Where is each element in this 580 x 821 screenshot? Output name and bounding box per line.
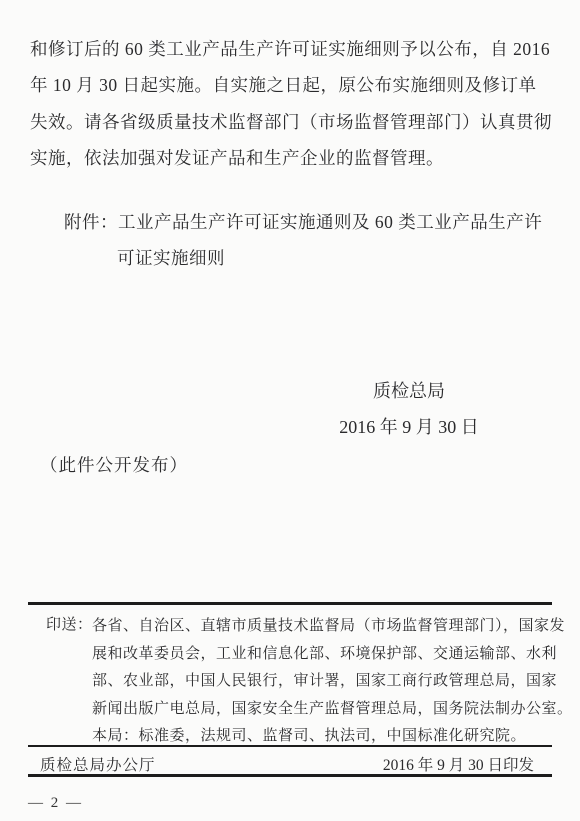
- public-release-note: （此件公开发布）: [40, 452, 188, 477]
- signature-issuer: 质检总局: [334, 379, 484, 403]
- paragraph-line: 年 10 月 30 日起实施。自实施之日起，原公布实施细则及修订单: [30, 67, 544, 103]
- footer-thick-rule: [28, 774, 552, 777]
- paragraph-line: 和修订后的 60 类工业产品生产许可证实施细则予以公布，自 2016: [30, 31, 544, 67]
- attachment-label: 附件：: [64, 212, 118, 232]
- distribution-list: 各省、自治区、直辖市质量技术监督局（市场监督管理部门），国家发 展和改革委员会，…: [92, 613, 554, 751]
- paragraph-line: 失效。请各省级质量技术监督部门（市场监督管理部门）认真贯彻: [30, 104, 544, 140]
- page-number: — 2 —: [28, 795, 83, 812]
- distribution-line: 部、农业部，中国人民银行，审计署，国家工商行政管理总局，国家: [92, 668, 554, 696]
- distribution-line: 各省、自治区、直辖市质量技术监督局（市场监督管理部门），国家发: [92, 613, 554, 641]
- document-page: 和修订后的 60 类工业产品生产许可证实施细则予以公布，自 2016 年 10 …: [0, 0, 580, 821]
- footer-thin-rule: [28, 745, 552, 747]
- signature-date: 2016 年 9 月 30 日: [334, 415, 484, 439]
- footer-print-date: 2016 年 9 月 30 日印发: [383, 753, 534, 775]
- attachment-row: 附件：工业产品生产许可证实施通则及 60 类工业产品生产许: [64, 209, 542, 234]
- distribution-top-rule: [28, 602, 552, 605]
- body-paragraph: 和修订后的 60 类工业产品生产许可证实施细则予以公布，自 2016 年 10 …: [30, 31, 544, 177]
- attachment-line: 可证实施细则: [117, 245, 225, 270]
- distribution-line: 展和改革委员会，工业和信息化部、环境保护部、交通运输部、水利: [92, 641, 554, 669]
- distribution-line: 新闻出版广电总局，国家安全生产监督管理总局，国务院法制办公室。: [92, 696, 554, 724]
- paragraph-line: 实施，依法加强对发证产品和生产企业的监督管理。: [30, 140, 544, 176]
- footer-office: 质检总局办公厅: [40, 753, 156, 775]
- attachment-line: 工业产品生产许可证实施通则及 60 类工业产品生产许: [118, 212, 542, 232]
- signature-block: 质检总局 2016 年 9 月 30 日: [334, 379, 484, 439]
- distribution-label: 印送：: [46, 613, 93, 634]
